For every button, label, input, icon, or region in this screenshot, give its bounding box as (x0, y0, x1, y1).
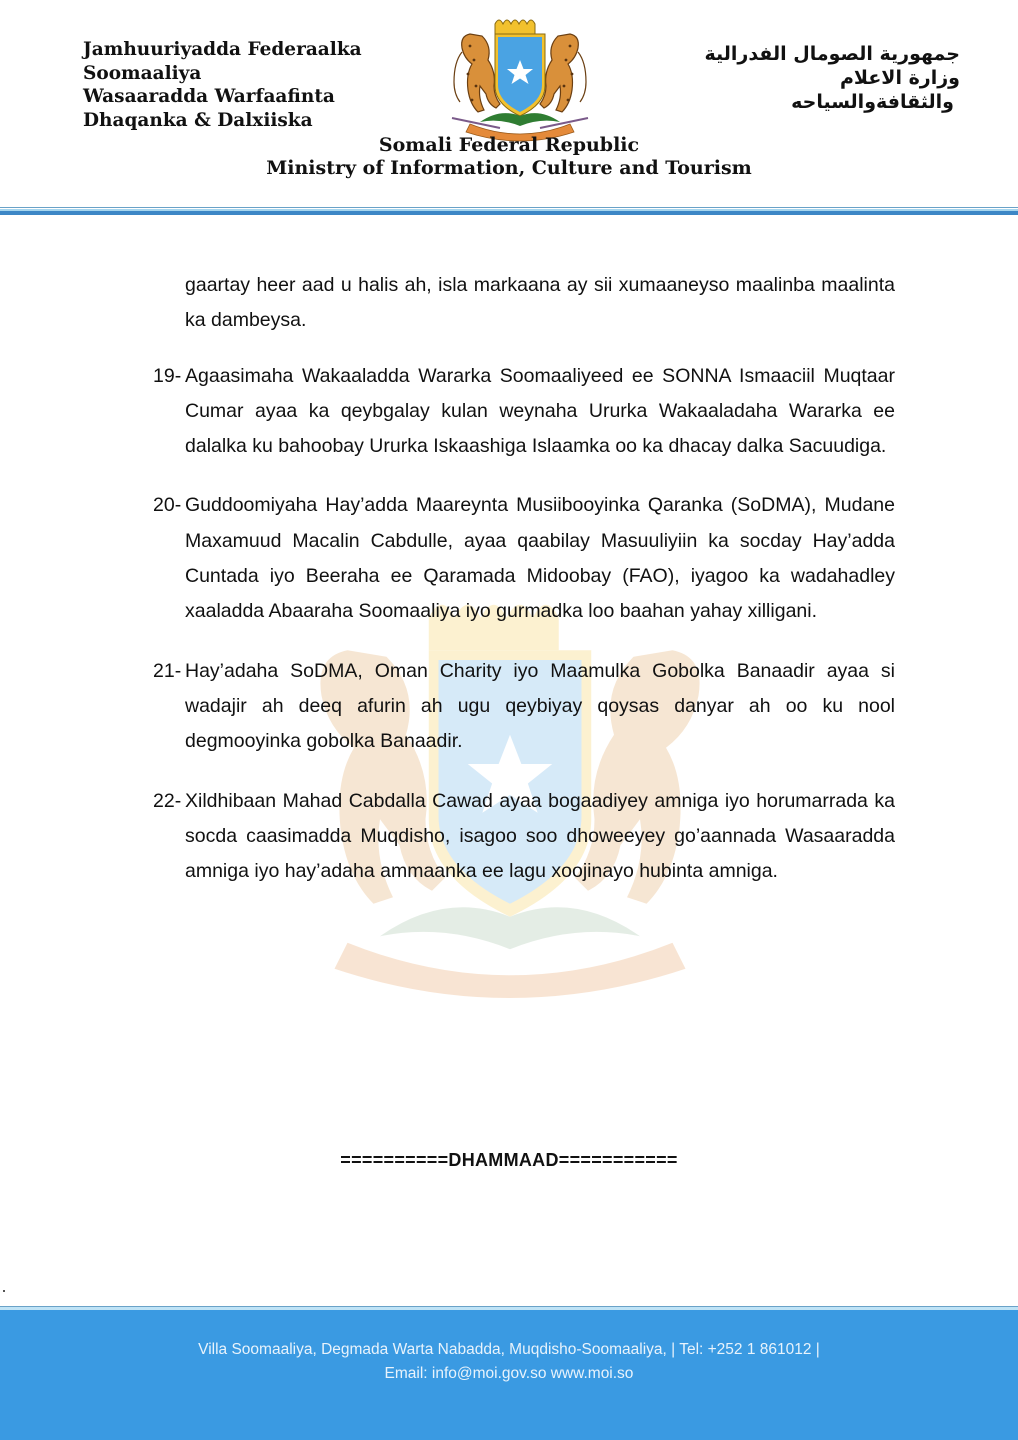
somali-title-line: Soomaaliya (83, 62, 362, 86)
item-text: Xildhibaan Mahad Cabdalla Cawad ayaa bog… (185, 790, 895, 883)
end-of-document-marker: ==========DHAMMAAD=========== (0, 1150, 1018, 1171)
footer-email-website: Email: info@moi.gov.so www.moi.so (0, 1362, 1018, 1386)
item-number: 21- (153, 654, 181, 689)
footer-address: Villa Soomaaliya, Degmada Warta Nabadda,… (0, 1338, 1018, 1362)
arabic-title-line: وزارة الاعلام (704, 66, 960, 90)
somalia-coat-of-arms-icon (440, 12, 600, 142)
news-item: 19- Agaasimaha Wakaaladda Wararka Soomaa… (153, 359, 895, 465)
republic-name: Somali Federal Republic (0, 134, 1018, 157)
stray-mark (3, 1290, 5, 1292)
item-number: 20- (153, 488, 181, 523)
footer: Villa Soomaaliya, Degmada Warta Nabadda,… (0, 1306, 1018, 1440)
arabic-title-line: والثقافةوالسياحه (704, 90, 954, 114)
somali-title-line: Jamhuuriyadda Federaalka (83, 38, 362, 62)
continued-paragraph: gaartay heer aad u halis ah, isla markaa… (153, 268, 895, 339)
letterhead-arabic-title: جمهورية الصومال الفدرالية وزارة الاعلام … (704, 42, 960, 114)
somali-title-line: Wasaaradda Warfaafinta (83, 85, 362, 109)
letterhead-english-title: Somali Federal Republic Ministry of Info… (0, 134, 1018, 180)
item-text: Agaasimaha Wakaaladda Wararka Soomaaliye… (185, 365, 895, 458)
press-release-body: gaartay heer aad u halis ah, isla markaa… (153, 268, 895, 913)
item-text: Guddoomiyaha Hay’adda Maareynta Musiiboo… (185, 494, 895, 622)
news-item: 20- Guddoomiyaha Hay’adda Maareynta Musi… (153, 488, 895, 629)
letterhead-somali-title: Jamhuuriyadda Federaalka Soomaaliya Wasa… (83, 38, 362, 132)
letterhead: Jamhuuriyadda Federaalka Soomaaliya Wasa… (0, 0, 1018, 215)
footer-contact: Villa Soomaaliya, Degmada Warta Nabadda,… (0, 1338, 1018, 1386)
header-divider (0, 205, 1018, 215)
somali-title-line: Dhaqanka & Dalxiiska (83, 109, 362, 133)
item-text: Hay’adaha SoDMA, Oman Charity iyo Maamul… (185, 660, 895, 753)
ministry-name: Ministry of Information, Culture and Tou… (0, 157, 1018, 180)
news-item: 22- Xildhibaan Mahad Cabdalla Cawad ayaa… (153, 784, 895, 890)
paragraph-text: gaartay heer aad u halis ah, isla markaa… (185, 274, 895, 331)
item-number: 22- (153, 784, 181, 819)
item-number: 19- (153, 359, 181, 394)
arabic-title-line: جمهورية الصومال الفدرالية (704, 42, 960, 66)
news-item: 21- Hay’adaha SoDMA, Oman Charity iyo Ma… (153, 654, 895, 760)
